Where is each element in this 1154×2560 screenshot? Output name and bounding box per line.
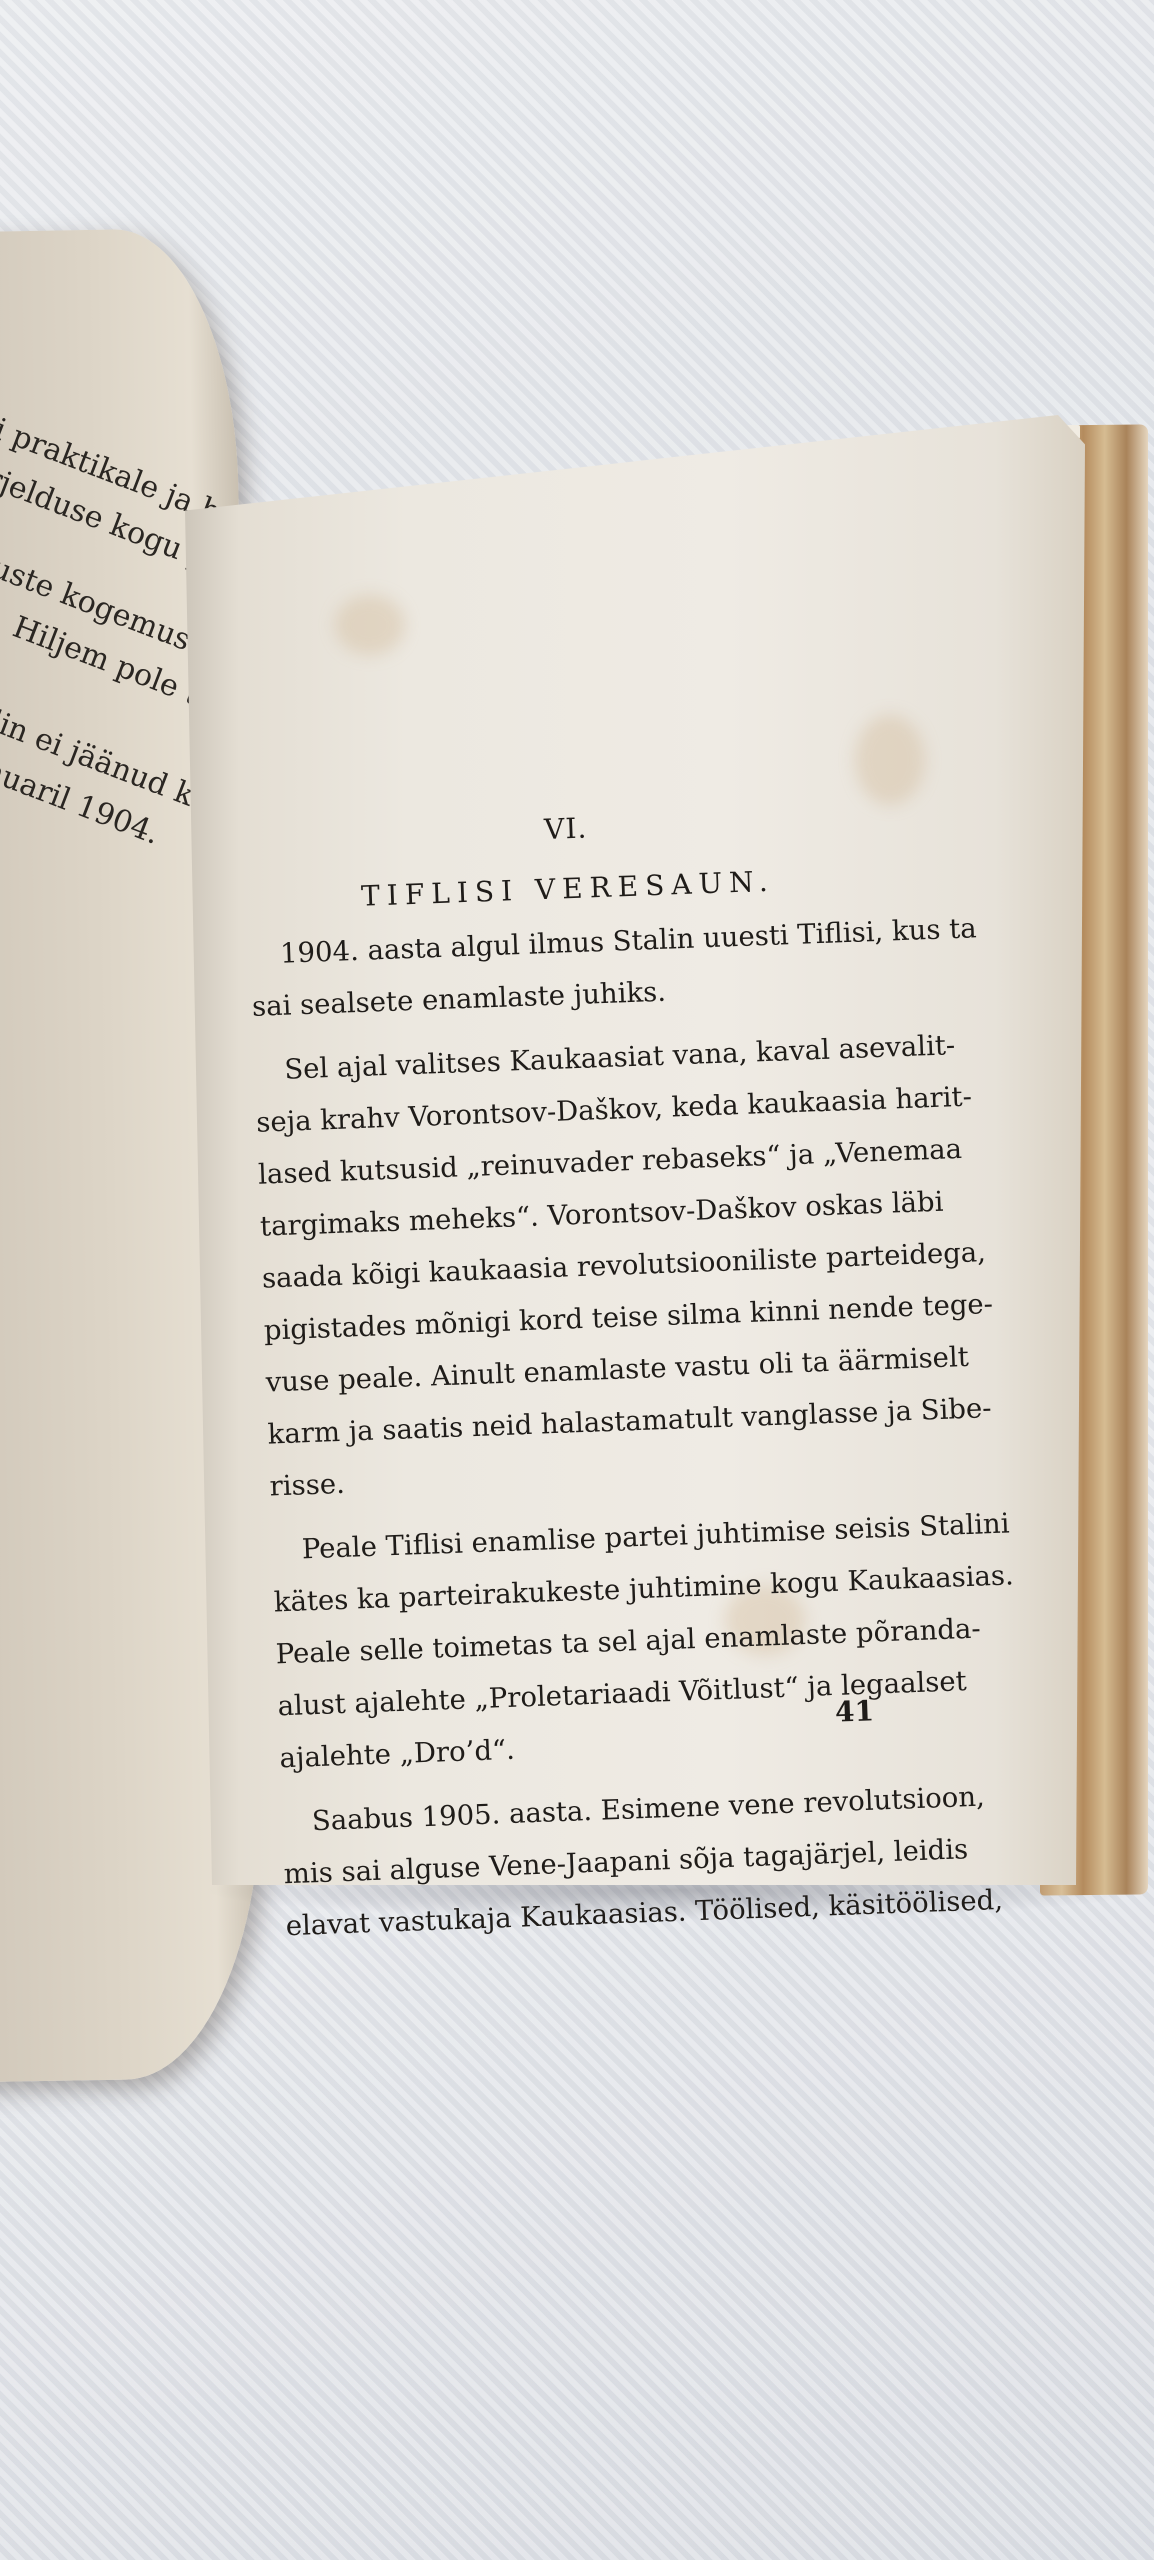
paragraph: Peale Tiflisi enamlise partei juhtimise … bbox=[271, 1501, 920, 1784]
page-body: VI. TIFLISI VERESAUN. 1904. aasta algul … bbox=[245, 792, 927, 1965]
paragraph: Saabus 1905. aasta. Esimene vene revolut… bbox=[281, 1773, 926, 1952]
page-number: 41 bbox=[834, 1694, 874, 1728]
paragraph: 1904. aasta algul ilmus Stalin uuesti Ti… bbox=[249, 905, 892, 1032]
paragraph: Sel ajal valitses Kaukaasiat vana, kaval… bbox=[253, 1021, 910, 1512]
paper-stain bbox=[335, 595, 405, 655]
